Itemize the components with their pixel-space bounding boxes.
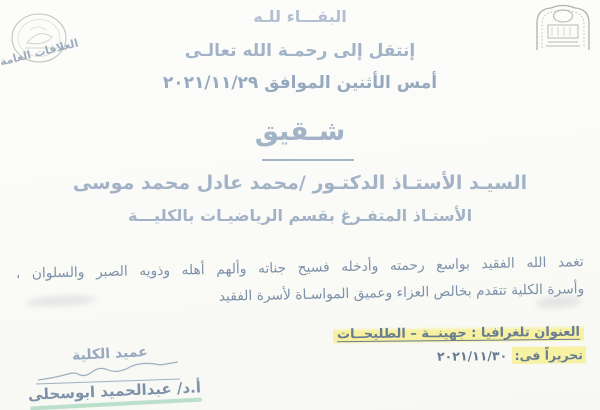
death-date-line: أمس الأثنين الموافق ٢٠٢١/١١/٢٩ — [60, 73, 540, 93]
condolence-paragraph: تغمد الله الفقيد بواسع رحمته وأدخله فسيح… — [15, 249, 584, 315]
relation-underline — [262, 159, 354, 161]
written-date-label: تحريراً فى: — [511, 346, 586, 364]
deceased-name: السيـد الأستـاذ الدكتـور /محمد عادل محمد… — [60, 172, 540, 194]
written-date-line: تحريراً فى: ٢٠٢١/١١/٣٠ — [437, 347, 586, 364]
relation-heading: شـقيق — [60, 116, 540, 147]
deceased-title: الأستـاذ المتفـرغ بقسم الرياضيـات بالكلي… — [60, 206, 540, 225]
telegraphic-address-line: العنوان تلغرافيا : جهينــة – الطليحــات — [333, 324, 584, 345]
written-date-value: ٢٠٢١/١١/٣٠ — [437, 348, 507, 364]
invocation-heading: البقـــاء للـه — [60, 7, 540, 26]
passing-line: إنتقل إلى رحمـة الله تعالـى — [60, 41, 540, 61]
scanned-obituary-document: العلاقات العامة البقـــاء للـه إنتقل إلى… — [0, 0, 600, 410]
